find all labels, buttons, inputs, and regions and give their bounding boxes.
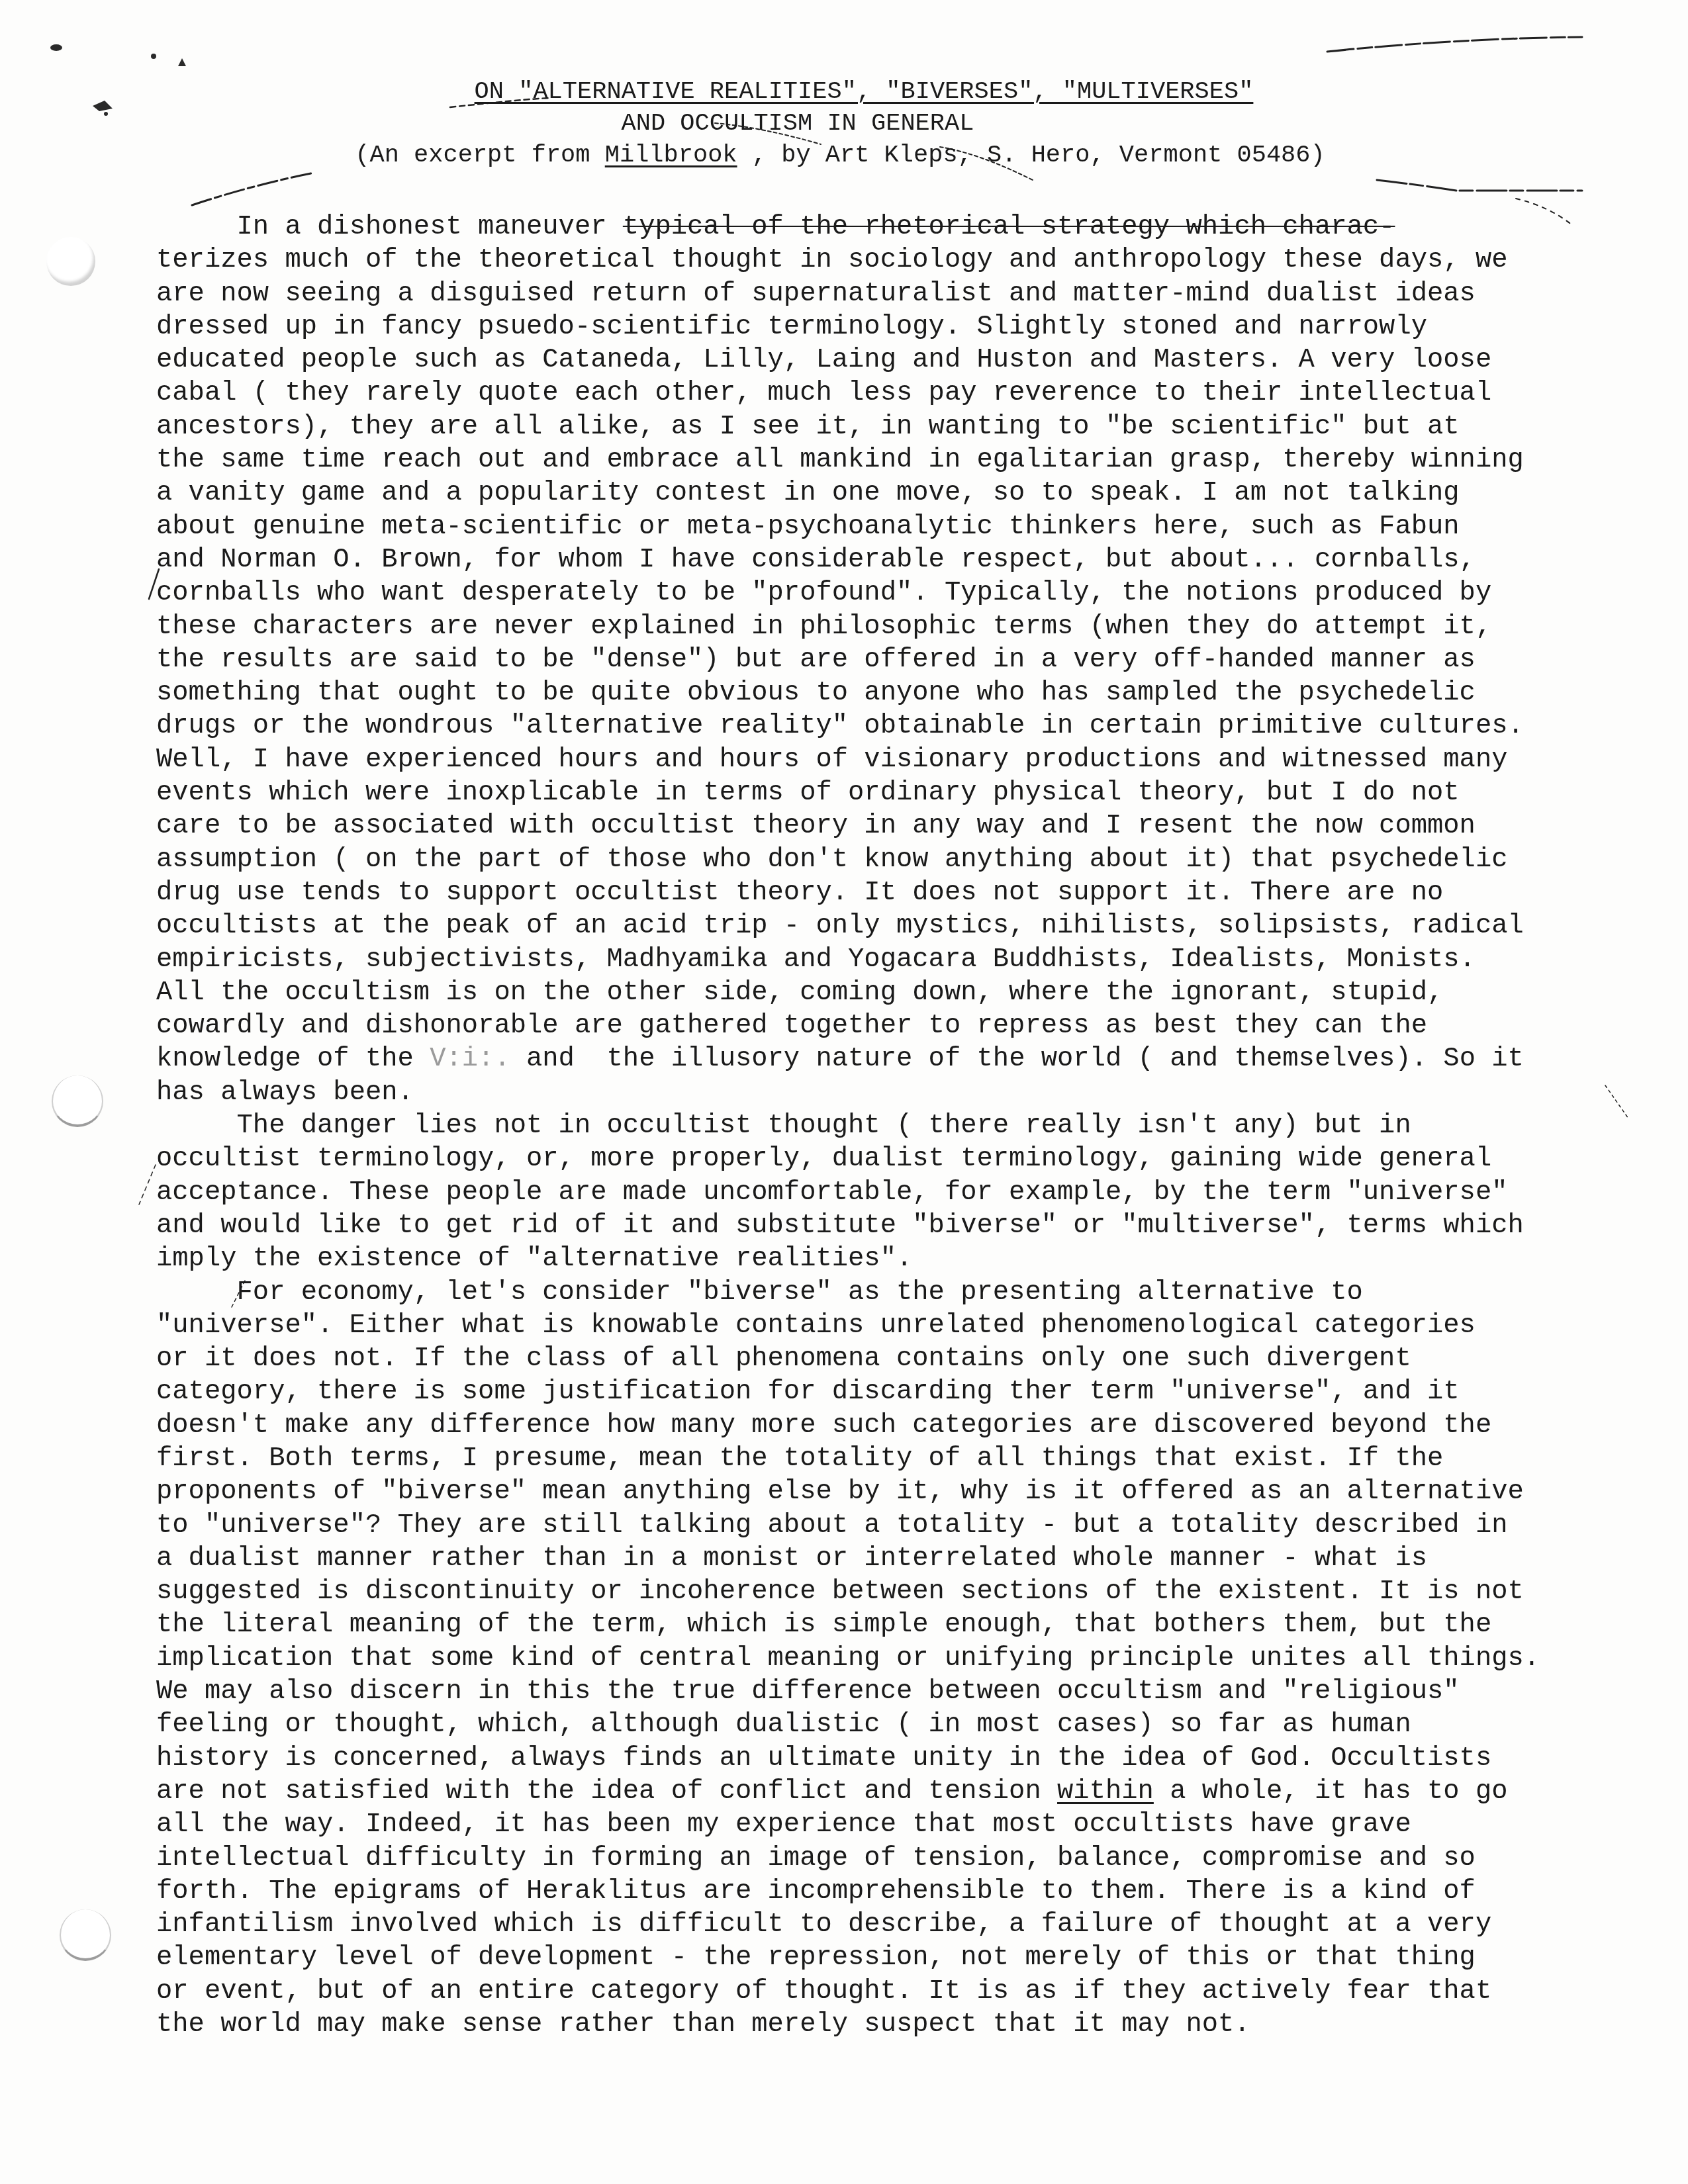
document-page: ON "ALTERNATIVE REALITIES", "BIVERSES", … [0, 0, 1688, 2184]
line-text: the world may make sense rather than mer… [156, 2009, 1250, 2040]
text-line: category, there is some justification fo… [156, 1375, 1540, 1408]
line-text: these characters are never explained in … [156, 612, 1491, 642]
line-text: ancestors), they are all alike, as I see… [156, 412, 1460, 442]
text-line: has always been. [156, 1076, 1540, 1109]
line-text-after: and the illusory nature of the world ( a… [510, 1044, 1524, 1074]
line-text: the results are said to be "dense") but … [156, 645, 1476, 675]
text-line: a vanity game and a popularity contest i… [156, 477, 1540, 510]
text-line: imply the existence of "alternative real… [156, 1242, 1540, 1275]
line-text: about genuine meta-scientific or meta-ps… [156, 512, 1460, 542]
line-text: "universe". Either what is knowable cont… [156, 1310, 1476, 1341]
line-text: history is concerned, always finds an ul… [156, 1743, 1491, 1774]
text-line: suggested is discontinuity or incoherenc… [156, 1575, 1540, 1608]
text-line: and would like to get rid of it and subs… [156, 1209, 1540, 1242]
line-text: are now seeing a disguised return of sup… [156, 279, 1476, 309]
line-text: We may also discern in this the true dif… [156, 1676, 1460, 1707]
text-line: infantilism involved which is difficult … [156, 1908, 1540, 1941]
text-line: drug use tends to support occultist theo… [156, 876, 1540, 909]
text-line: knowledge of the V:i:. and the illusory … [156, 1042, 1540, 1075]
text-line: cowardly and dishonorable are gathered t… [156, 1009, 1540, 1042]
text-line: For economy, let's consider "biverse" as… [156, 1276, 1540, 1309]
line-text: and would like to get rid of it and subs… [156, 1210, 1524, 1241]
text-line: The danger lies not in occultist thought… [156, 1109, 1540, 1142]
line-text: acceptance. These people are made uncomf… [156, 1177, 1508, 1208]
text-line: are now seeing a disguised return of sup… [156, 277, 1540, 310]
document-title-line-1: ON "ALTERNATIVE REALITIES", "BIVERSES", … [20, 78, 1688, 106]
line-text-after: a whole, it has to go [1154, 1776, 1508, 1807]
line-text: All the occultism is on the other side, … [156, 978, 1443, 1008]
line-text: cornballs who want desperately to be "pr… [156, 578, 1491, 608]
attribution-suffix: , by Art Kleps, S. Hero, Vermont 05486) [737, 142, 1325, 169]
text-line: cabal ( they rarely quote each other, mu… [156, 377, 1540, 410]
text-line: elementary level of development - the re… [156, 1941, 1540, 1974]
text-line: drugs or the wondrous "alternative reali… [156, 709, 1540, 743]
line-text: drugs or the wondrous "alternative reali… [156, 711, 1524, 741]
underlined-text: within [1057, 1776, 1154, 1807]
line-text: a vanity game and a popularity contest i… [156, 478, 1460, 508]
text-line: about genuine meta-scientific or meta-ps… [156, 510, 1540, 543]
text-line: care to be associated with occultist the… [156, 809, 1540, 842]
book-title: Millbrook [605, 142, 737, 169]
struck-text: typical of the rhetorical strategy which… [623, 212, 1395, 242]
line-text: cabal ( they rarely quote each other, mu… [156, 378, 1491, 408]
line-text: doesn't make any difference how many mor… [156, 1410, 1491, 1441]
text-line: a dualist manner rather than in a monist… [156, 1542, 1540, 1575]
text-line: feeling or thought, which, although dual… [156, 1708, 1540, 1741]
text-line: assumption ( on the part of those who do… [156, 843, 1540, 876]
title-subtitle: AND OCCULTISM IN GENERAL [622, 110, 974, 138]
title-main: ON "ALTERNATIVE REALITIES", "BIVERSES", … [475, 78, 1254, 106]
attribution-prefix: (An excerpt from [355, 142, 604, 169]
text-line: the results are said to be "dense") but … [156, 643, 1540, 676]
text-line: all the way. Indeed, it has been my expe… [156, 1808, 1540, 1841]
line-text: events which were inoxplicable in terms … [156, 778, 1460, 808]
text-line: the literal meaning of the term, which i… [156, 1608, 1540, 1641]
text-line: cornballs who want desperately to be "pr… [156, 576, 1540, 610]
line-text: knowledge of the [156, 1044, 430, 1074]
line-text: category, there is some justification fo… [156, 1377, 1460, 1407]
text-line: Well, I have experienced hours and hours… [156, 743, 1540, 776]
line-text: something that ought to be quite obvious… [156, 678, 1476, 708]
text-line: the world may make sense rather than mer… [156, 2008, 1540, 2041]
text-line: In a dishonest maneuver typical of the r… [156, 210, 1540, 244]
line-text: feeling or thought, which, although dual… [156, 1709, 1411, 1740]
line-text: educated people such as Cataneda, Lilly,… [156, 345, 1491, 375]
line-text: cowardly and dishonorable are gathered t… [156, 1011, 1427, 1041]
text-line: are not satisfied with the idea of confl… [156, 1775, 1540, 1808]
text-line: something that ought to be quite obvious… [156, 676, 1540, 709]
text-line: empiricists, subjectivists, Madhyamika a… [156, 943, 1540, 976]
line-text: care to be associated with occultist the… [156, 811, 1476, 841]
line-text: assumption ( on the part of those who do… [156, 844, 1508, 875]
line-text: and Norman O. Brown, for whom I have con… [156, 545, 1476, 575]
line-text: to "universe"? They are still talking ab… [156, 1510, 1508, 1541]
line-text: elementary level of development - the re… [156, 1942, 1476, 1973]
text-line: ancestors), they are all alike, as I see… [156, 410, 1540, 443]
text-line: or it does not. If the class of all phen… [156, 1342, 1540, 1375]
text-line: All the occultism is on the other side, … [156, 976, 1540, 1009]
line-text: are not satisfied with the idea of confl… [156, 1776, 1057, 1807]
text-line: these characters are never explained in … [156, 610, 1540, 643]
line-text: In a dishonest maneuver [156, 212, 623, 242]
line-text: all the way. Indeed, it has been my expe… [156, 1809, 1411, 1840]
faded-text: V:i:. [430, 1044, 510, 1074]
text-line: We may also discern in this the true dif… [156, 1675, 1540, 1708]
line-text: the same time reach out and embrace all … [156, 445, 1524, 475]
line-text: occultists at the peak of an acid trip -… [156, 911, 1524, 941]
document-body: In a dishonest maneuver typical of the r… [156, 210, 1540, 2041]
line-text: empiricists, subjectivists, Madhyamika a… [156, 944, 1476, 975]
line-text: a dualist manner rather than in a monist… [156, 1543, 1427, 1574]
line-text: the literal meaning of the term, which i… [156, 1610, 1491, 1640]
line-text: For economy, let's consider "biverse" as… [156, 1277, 1363, 1308]
line-text: or event, but of an entire category of t… [156, 1976, 1491, 2007]
text-line: proponents of "biverse" mean anything el… [156, 1475, 1540, 1508]
line-text: intellectual difficulty in forming an im… [156, 1843, 1476, 1874]
line-text: terizes much of the theoretical thought … [156, 245, 1508, 275]
text-line: the same time reach out and embrace all … [156, 443, 1540, 477]
document-title-line-2: AND OCCULTISM IN GENERAL [0, 110, 1642, 138]
text-line: or event, but of an entire category of t… [156, 1975, 1540, 2008]
text-line: first. Both terms, I presume, mean the t… [156, 1442, 1540, 1475]
line-text: forth. The epigrams of Heraklitus are in… [156, 1876, 1476, 1907]
text-line: occultists at the peak of an acid trip -… [156, 909, 1540, 942]
line-text: infantilism involved which is difficult … [156, 1909, 1491, 1940]
line-text: occultist terminology, or, more properly… [156, 1144, 1491, 1174]
line-text: The danger lies not in occultist thought… [156, 1111, 1411, 1141]
text-line: and Norman O. Brown, for whom I have con… [156, 543, 1540, 576]
text-line: acceptance. These people are made uncomf… [156, 1176, 1540, 1209]
text-line: terizes much of the theoretical thought … [156, 244, 1540, 277]
line-text: suggested is discontinuity or incoherenc… [156, 1576, 1524, 1607]
text-line: intellectual difficulty in forming an im… [156, 1842, 1540, 1875]
line-text: has always been. [156, 1077, 414, 1108]
text-line: forth. The epigrams of Heraklitus are in… [156, 1875, 1540, 1908]
text-line: educated people such as Cataneda, Lilly,… [156, 343, 1540, 377]
line-text: implication that some kind of central me… [156, 1643, 1540, 1674]
text-line: implication that some kind of central me… [156, 1642, 1540, 1675]
text-line: history is concerned, always finds an ul… [156, 1742, 1540, 1775]
line-text: dressed up in fancy psuedo-scientific te… [156, 312, 1427, 342]
line-text: drug use tends to support occultist theo… [156, 878, 1443, 908]
text-line: occultist terminology, or, more properly… [156, 1142, 1540, 1175]
line-text: or it does not. If the class of all phen… [156, 1343, 1411, 1374]
document-attribution: (An excerpt from Millbrook , by Art Klep… [0, 142, 1684, 169]
text-line: doesn't make any difference how many mor… [156, 1409, 1540, 1442]
text-line: events which were inoxplicable in terms … [156, 776, 1540, 809]
line-text: Well, I have experienced hours and hours… [156, 745, 1508, 775]
text-line: to "universe"? They are still talking ab… [156, 1509, 1540, 1542]
line-text: first. Both terms, I presume, mean the t… [156, 1443, 1443, 1474]
text-line: dressed up in fancy psuedo-scientific te… [156, 310, 1540, 343]
line-text: proponents of "biverse" mean anything el… [156, 1477, 1524, 1507]
text-line: "universe". Either what is knowable cont… [156, 1309, 1540, 1342]
line-text: imply the existence of "alternative real… [156, 1244, 912, 1274]
